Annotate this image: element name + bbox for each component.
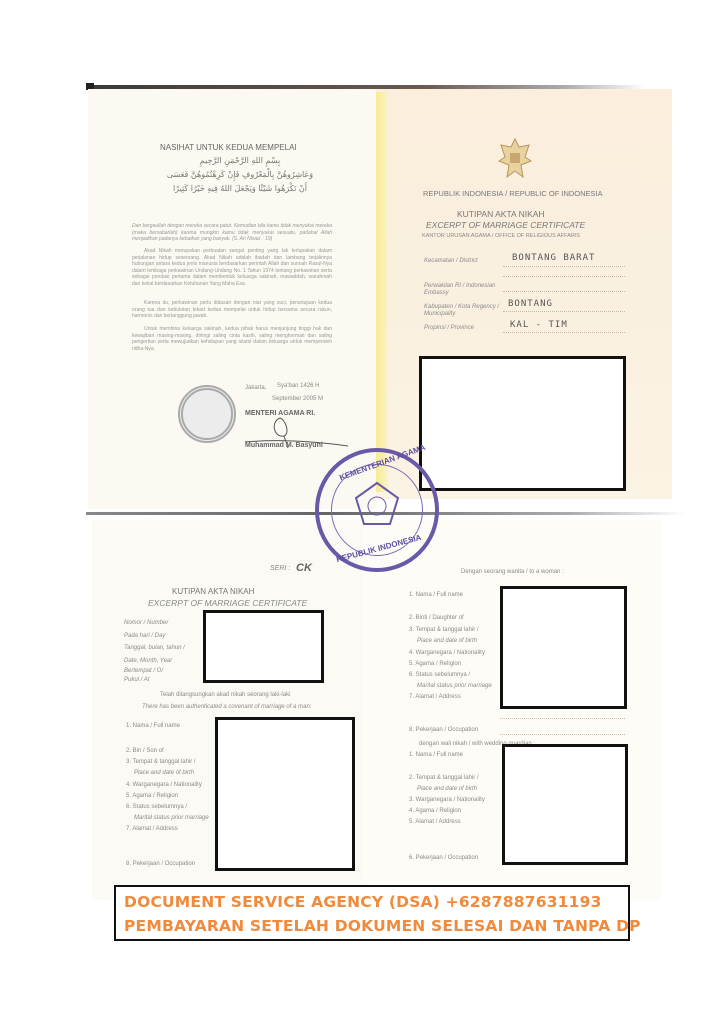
record-field-date: Tanggal, bulan, tahun / <box>124 642 185 655</box>
guardian-field-birth-en: Place and date of birth <box>409 786 485 797</box>
husband-field-occupation: 8. Pekerjaan / Occupation <box>126 861 209 867</box>
husband-field-status: 6. Status sebelumnya / <box>126 804 209 815</box>
quran-translation: Dan bergaullah dengan mereka secara patu… <box>132 223 332 243</box>
field-district-label: Kecamatan / District <box>424 258 478 264</box>
field-province-value: KAL - TIM <box>510 320 568 330</box>
husband-field-son-of: 2. Bin / Son of <box>126 748 209 759</box>
husband-field-address: 7. Alamat / Address <box>126 826 209 861</box>
husband-intro-en: There has been authenticated a covenant … <box>142 704 311 710</box>
wife-field-status-en: Marital status prior marriage <box>409 683 492 694</box>
field-extra-line <box>503 276 625 277</box>
record-field-date-en: Date, Month, Year <box>124 655 185 668</box>
arabic-line-2: وَعَاشِرُوهُنَّ بِالْمَعْرُوفِ فَإِنْ كَ… <box>140 170 340 179</box>
guardian-field-occupation: 6. Pekerjaan / Occupation <box>409 855 485 861</box>
field-regency-line <box>503 311 625 312</box>
record-fields: Nomor / Number Pada hari / Day Tanggal, … <box>124 617 185 685</box>
advice-title: NASIHAT UNTUK KEDUA MEMPELAI <box>160 143 297 152</box>
husband-field-nationality: 4. Warganegara / Nationality <box>126 782 209 793</box>
binding-strip <box>376 92 388 492</box>
field-province-line <box>503 332 625 333</box>
husband-fields: 1. Nama / Full name 2. Bin / Son of 3. T… <box>126 723 209 867</box>
advice-paragraph-3: Untuk membina keluarga sakinah, kedua pi… <box>132 326 332 352</box>
guardian-field-nationality: 3. Warganegara / Nationality <box>409 797 485 808</box>
redacted-wife-box <box>500 586 627 709</box>
cover-title-id: KUTIPAN AKTA NIKAH <box>457 209 545 219</box>
banner-line-1: DOCUMENT SERVICE AGENCY (DSA) +628788763… <box>116 890 628 914</box>
signer-name: Muhammad M. Basyuni <box>245 442 323 449</box>
record-field-place: Bertempat / Or <box>124 667 185 676</box>
arabic-line-3: أَنْ تَكْرَهُوا شَيْئًا وَيَجْعَلَ اللهُ… <box>140 184 340 193</box>
stamp-emblem-icon <box>353 480 401 528</box>
seri-value: CK <box>296 562 312 574</box>
husband-field-birth: 3. Tempat & tanggal lahir / <box>126 759 209 770</box>
wife-address-line <box>500 718 625 719</box>
field-regency-value: BONTANG <box>508 299 553 309</box>
redacted-record-box <box>203 610 324 683</box>
advice-paragraph-1: Akad Nikah merupakan perbuatan sangat pe… <box>132 248 332 288</box>
field-province-label: Propinsi / Province <box>424 325 474 331</box>
official-stamp: KEMENTERIAN AGAMA REPUBLIK INDONESIA <box>315 448 439 572</box>
husband-field-birth-en: Place and date of birth <box>126 770 209 782</box>
guardian-field-birth: 2. Tempat & tanggal lahir / <box>409 775 485 786</box>
guardian-field-religion: 4. Agama / Religion <box>409 808 485 819</box>
husband-field-religion: 5. Agama / Religion <box>126 793 209 804</box>
husband-title-en: EXCERPT OF MARRIAGE CERTIFICATE <box>148 598 307 608</box>
guardian-field-name: 1. Nama / Full name <box>409 752 485 775</box>
wife-fields: 1. Nama / Full name 2. Binti / Daughter … <box>409 592 492 733</box>
record-field-day: Pada hari / Day <box>124 630 185 643</box>
husband-title-id: KUTIPAN AKTA NIKAH <box>172 587 254 596</box>
guardian-field-address: 5. Alamat / Address <box>409 819 485 855</box>
wife-field-daughter-of: 2. Binti / Daughter of <box>409 615 492 627</box>
sign-date-masehi: September 2005 M <box>272 396 323 402</box>
wife-field-name: 1. Nama / Full name <box>409 592 492 615</box>
wife-field-status: 6. Status sebelumnya / <box>409 672 492 683</box>
record-field-number: Nomor / Number <box>124 617 185 630</box>
ministry-seal <box>178 385 236 443</box>
cover-office: KANTOR URUSAN AGAMA / OFFICE OF RELIGIOU… <box>422 233 580 239</box>
banner-line-2: PEMBAYARAN SETELAH DOKUMEN SELESAI DAN T… <box>116 914 628 938</box>
wife-occupation-line <box>500 734 625 735</box>
wife-field-occupation: 8. Pekerjaan / Occupation <box>409 727 492 733</box>
redacted-photo-box <box>419 356 626 491</box>
wife-field-religion: 5. Agama / Religion <box>409 661 492 672</box>
husband-field-name: 1. Nama / Full name <box>126 723 209 748</box>
field-district-value: BONTANG BARAT <box>512 253 595 263</box>
husband-field-status-en: Marital status prior marriage <box>126 815 209 826</box>
husband-intro-id: Telah dilangsungkan akad nikah seorang l… <box>160 692 290 698</box>
wife-field-birth: 3. Tempat & tanggal lahir / <box>409 627 492 638</box>
advice-paragraph-2: Karena itu, perkawinan perlu didasari de… <box>132 300 332 320</box>
wife-field-nationality: 4. Warganegara / Nationality <box>409 650 492 661</box>
wife-field-address: 7. Alamat / Address <box>409 694 492 727</box>
field-embassy-line <box>503 291 625 292</box>
record-field-time: Pukul / At <box>124 676 185 685</box>
garuda-emblem-icon <box>495 137 535 179</box>
field-embassy-label: Perwakilan RI / Indonesian Embassy <box>424 283 504 297</box>
cover-country: REPUBLIK INDONESIA / REPUBLIC OF INDONES… <box>423 189 603 198</box>
cover-title-en: EXCERPT OF MARRIAGE CERTIFICATE <box>426 220 585 230</box>
guardian-fields: 1. Nama / Full name 2. Tempat & tanggal … <box>409 752 485 861</box>
seri-label: SERI : <box>270 565 290 572</box>
sign-place: Jakarta, <box>245 385 266 391</box>
field-district-line <box>503 266 625 267</box>
sign-date-hijri: Sya'ban 1426 H <box>277 383 320 389</box>
wife-intro: Dengan seorang wanita / to a woman : <box>461 569 564 575</box>
service-banner: DOCUMENT SERVICE AGENCY (DSA) +628788763… <box>114 885 630 941</box>
wife-field-birth-en: Place and date of birth <box>409 638 492 650</box>
field-regency-label: Kabupaten / Kota Regency / Municipality <box>424 304 504 318</box>
arabic-line-1: بِسْمِ اللهِ الرَّحْمَنِ الرَّحِيمِ <box>150 156 330 165</box>
redacted-guardian-box <box>502 744 628 865</box>
redacted-husband-box <box>215 717 355 871</box>
